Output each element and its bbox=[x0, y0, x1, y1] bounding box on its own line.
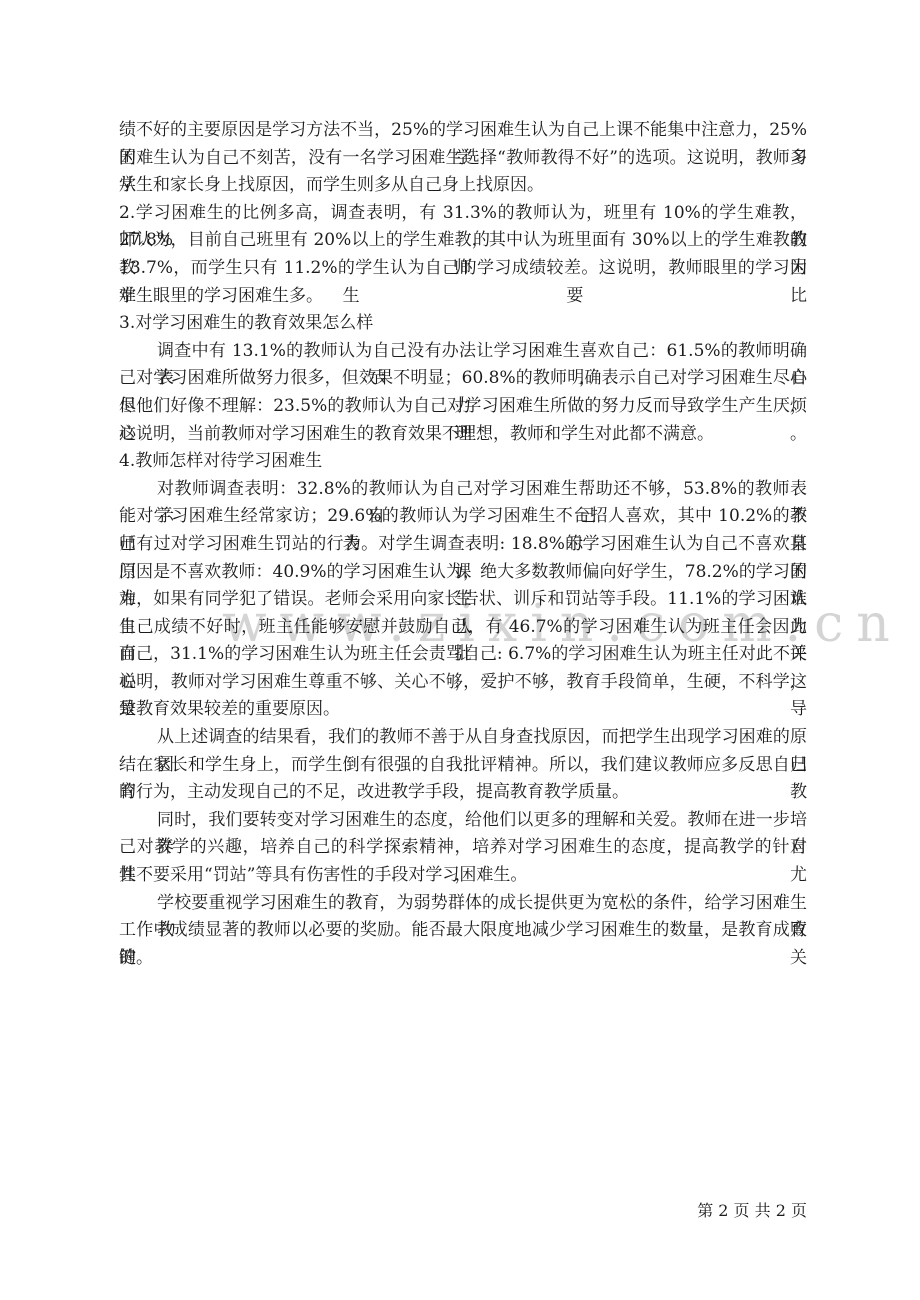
text-line: 为，如果有同学犯了错误。老师会采用向家长告状、训斥和罚站等手段。11.1%的学习… bbox=[119, 586, 807, 614]
text-line: 学校要重视学习困难生的教育，为弱势群体的成长提供更为宽松的条件，给学习困难生教育 bbox=[119, 890, 807, 918]
text-line: 绩不好的主要原因是学习方法不当，25%的学习困难生认为自己上课不能集中注意力，2… bbox=[119, 117, 807, 145]
text-line: 从上述调查的结果看，我们的教师不善于从自身查找原因，而把学生出现学习困难的原因归 bbox=[119, 724, 807, 752]
page-number-footer: 第 2 页 共 2 页 bbox=[697, 1200, 807, 1222]
text-line: 3.对学习困难生的教育效果怎么样 bbox=[119, 310, 807, 338]
text-line: 同时，我们要转变对学习困难生的态度，给他们以更多的理解和关爱。教师在进一步培养自 bbox=[119, 807, 807, 835]
text-line: 原因是不喜欢教师：40.9%的学习困难生认为，绝大多数教师偏向好学生，78.2%… bbox=[119, 559, 807, 587]
text-line: 己有过对学习困难生罚站的行为。对学生调查表明: 18.8%的学习困难生认为自己不… bbox=[119, 531, 807, 559]
text-line: 4.教师怎样对待学习困难生 bbox=[119, 448, 807, 476]
text-line: 能对学习困难生经常家访；29.6%的教师认为学习困难生不台招人喜欢，其中 10.… bbox=[119, 503, 807, 531]
document-body: 绩不好的主要原因是学习方法不当，25%的学习困难生认为自己上课不能集中注意力，2… bbox=[119, 117, 807, 972]
text-line: 结在家长和学生身上，而学生倒有很强的自我批评精神。所以，我们建议教师应多反思自己… bbox=[119, 752, 807, 780]
text-line: 对教师调查表明：32.8%的教师认为自己对学习困难生帮助还不够，53.8%的教师… bbox=[119, 476, 807, 504]
text-line: 工作中成绩显著的教师以必要的奖励。能否最大限度地减少学习困难生的数量，是教育成败… bbox=[119, 917, 807, 945]
text-line: 困难生认为自己不刻苦，没有一名学习困难生选择“教师教得不好”的选项。这说明，教师… bbox=[119, 145, 807, 173]
text-line: 己对教学的兴趣，培养自己的科学探索精神，培养对学习困难生的态度，提高教学的针对性… bbox=[119, 834, 807, 862]
text-line: 己对学习困难所做努力很多，但效果不明显；60.8%的教师明确表示自己对学习困难生… bbox=[119, 365, 807, 393]
text-line: 学生和家长身上找原因，而学生则多从自己身上找原因。 bbox=[119, 172, 807, 200]
document-page: www.zixin.com.cn 绩不好的主要原因是学习方法不当，25%的学习困… bbox=[0, 0, 920, 1300]
text-line: 2.学习困难生的比例多高，调查表明，有 31.3%的教师认为，班里有 10%的学… bbox=[119, 200, 807, 228]
text-line: 自己，31.1%的学习困难生认为班主任会责骂自己: 6.7%的学习困难生认为班主… bbox=[119, 641, 807, 669]
text-line: 自己成绩不好时，班主任能够安慰并鼓励自己，有 46.7%的学习困难生认为班主任会… bbox=[119, 614, 807, 642]
text-line: 13.7%，而学生只有 11.2%的学生认为自己的学习成绩较差。这说明，教师眼里… bbox=[119, 255, 807, 283]
text-line: 调查中有 13.1%的教师认为自己没有办法让学习困难生喜欢自己：61.5%的教师… bbox=[119, 338, 807, 366]
text-line: 这说明，当前教师对学习困难生的教育效果不理想，教师和学生对此都不满意。 bbox=[119, 421, 807, 449]
text-line: 师认为，目前自己班里有 20%以上的学生难教，其中认为班里面有 30%以上的学生… bbox=[119, 227, 807, 255]
text-line: 说明，教师对学习困难生尊重不够、关心不够，爱护不够，教育手段简单，生硬，不科学，… bbox=[119, 669, 807, 697]
text-line: 但他们好像不理解：23.5%的教师认为自己对学习困难生所做的努力反而导致学生产生… bbox=[119, 393, 807, 421]
